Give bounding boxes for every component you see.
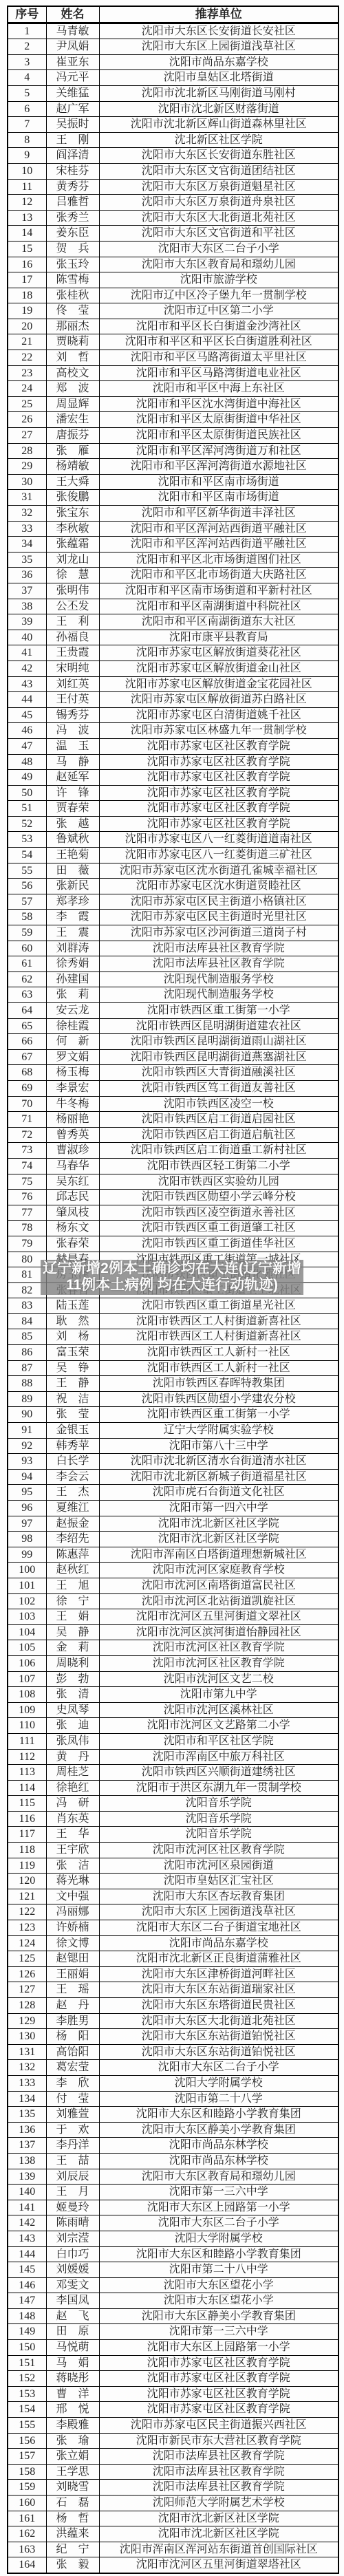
row-unit: 沈阳市苏家屯区社区教育学院 [99,770,338,786]
row-serial: 35 [8,552,46,568]
row-serial: 65 [8,1018,46,1034]
row-name: 尹凤娟 [46,39,99,55]
row-name: 赵 飞 [46,2308,99,2324]
row-name: 张 越 [46,816,99,832]
row-serial: 102 [8,1593,46,1609]
row-serial: 5 [8,85,46,101]
row-unit: 沈阳现代制造服务学校 [99,987,338,1003]
row-name: 贺 兵 [46,241,99,257]
row-serial: 40 [8,630,46,645]
row-name: 李绍先 [46,1532,99,1547]
row-name: 郑 波 [46,381,99,397]
row-serial: 95 [8,1485,46,1501]
table-row: 68杨玉梅沈阳市铁西区大青街道融溪社区 [8,1065,338,1081]
table-row: 106周晓利沈阳市沈河区社区教育学院 [8,1655,338,1671]
row-serial: 152 [8,2371,46,2387]
row-name: 金银玉 [46,1423,99,1439]
row-serial: 117 [8,1827,46,1843]
row-name: 付 莹 [46,2091,99,2107]
row-unit: 沈阳市苏家屯区社区教育学院 [99,2402,338,2418]
row-serial: 105 [8,1640,46,1656]
table-row: 130杨 阳沈阳市大东区东站街道铂悦社区 [8,2029,338,2045]
row-name: 曹 洋 [46,2386,99,2402]
col-header-serial: 序号 [8,6,46,23]
row-unit: 沈阳市铁西区大青街道融溪社区 [99,1065,338,1081]
table-row: 16张玉玲沈阳市大东区教育局和璟幼儿园 [8,257,338,272]
table-row: 52张 越沈阳市苏家屯区社区教育学院 [8,816,338,832]
row-name: 邱志民 [46,1190,99,1205]
row-name: 刘红英 [46,676,99,692]
row-name: 金 莉 [46,1640,99,1656]
table-row: 125赵锶田沈阳市沈北新区正良街道蒲雅社区 [8,1951,338,1967]
row-serial: 60 [8,941,46,956]
row-unit: 沈阳市大东区二台子小学 [99,2060,338,2076]
table-row: 146邓雯文沈阳市大东区望花小学 [8,2277,338,2293]
table-row: 15贺 兵沈阳市大东区二台子小学 [8,241,338,257]
table-row: 44王付英沈阳市苏家屯区解放街道苏白路社区 [8,692,338,708]
row-unit: 沈阳市铁西区实验幼儿园 [99,1174,338,1190]
row-serial: 106 [8,1655,46,1671]
table-row: 31张俊鹏沈阳市和平区南市场街道 [8,490,338,506]
table-row: 50许 锋沈阳市苏家屯区社区教育学院 [8,785,338,801]
table-row: 90张 莹沈阳市铁西区重工街第一小学 [8,1407,338,1423]
row-serial: 59 [8,925,46,941]
table-row: 157张立娟沈阳市法库县社区教育学院 [8,2449,338,2465]
row-serial: 113 [8,1765,46,1781]
row-serial: 91 [8,1423,46,1439]
row-unit: 沈阳市大东区望花小学 [99,2277,338,2293]
table-row: 88王 静沈阳市铁西区春晖特教集团 [8,1376,338,1392]
row-serial: 57 [8,894,46,910]
table-row: 114徐艳红沈阳市于洪区东湖九年一贯制学校 [8,1780,338,1796]
row-unit: 沈阳市大东区东站街道铂悦社区 [99,2044,338,2060]
table-row: 43刘红英沈阳市苏家屯区解放街道金宝花园社区 [8,676,338,692]
row-unit: 沈阳市和平区北市场街道图们社区 [99,552,338,568]
row-name: 李秋敏 [46,521,99,537]
row-unit: 沈阳市沈北新区社区学院 [99,1516,338,1532]
row-unit: 沈阳市和平区浑河湾街道水源地社区 [99,459,338,475]
row-name: 张新民 [46,879,99,894]
row-unit: 沈阳市沈河区文艺二校 [99,1671,338,1687]
table-row: 103王 娟沈阳市沈河区五里河街道文翠社区 [8,1609,338,1625]
table-row: 74马春华沈阳市铁西区轻工街第二小学 [8,1158,338,1174]
row-serial: 18 [8,288,46,303]
table-row: 149田 原沈阳市第一三六中学 [8,2324,338,2340]
table-row: 38公丕发沈阳市和平区南湖街道中科院社区 [8,599,338,614]
table-row: 7吴振时沈阳市沈北新区辉山街道森林里社区 [8,117,338,133]
row-unit: 沈阳市和平区南市场街道和平新村社区 [99,583,338,599]
row-unit: 沈阳市和平区沈水湾街道中海社区 [99,396,338,412]
row-name: 文中强 [46,1889,99,1904]
row-serial: 144 [8,2246,46,2262]
row-unit: 沈阳市沈北新区社区学院 [99,2526,338,2542]
row-serial: 26 [8,412,46,428]
row-name: 张 洁 [46,1858,99,1874]
row-unit: 沈阳市沈北新区社区学院 [99,2511,338,2526]
row-serial: 12 [8,195,46,211]
row-serial: 45 [8,707,46,723]
table-row: 86富玉荣沈阳市铁西区工人新村一社区 [8,1345,338,1361]
row-serial: 64 [8,1003,46,1019]
row-serial: 99 [8,1547,46,1563]
table-row: 84耿 然沈阳市铁西区工人村街道新喜社区 [8,1313,338,1329]
row-unit: 沈阳市沈河区泉园街道 [99,1858,338,1874]
row-name: 王 月 [46,2185,99,2200]
document-page: 序号 姓名 推荐单位 1马青敏沈阳市大东区长安街道长安社区2尹凤娟沈阳市大东区上… [0,0,344,2576]
row-serial: 132 [8,2060,46,2076]
table-row: 143刘宗滢沈阳大学附属学校 [8,2231,338,2246]
row-unit: 沈阳市沈河区五里河街道翠塔社区 [99,2557,338,2573]
row-unit: 沈阳市铁西区启工街道启航社区 [99,1127,338,1143]
row-serial: 88 [8,1376,46,1392]
row-serial: 10 [8,163,46,179]
row-name: 徐 宁 [46,1593,99,1609]
table-row: 6赵广军沈阳市沈北新区财落街道 [8,101,338,117]
row-unit: 沈阳大学附属学校 [99,2075,338,2091]
table-row: 118王宇欣沈阳市沈河区社区教育学院 [8,1843,338,1858]
row-serial: 61 [8,956,46,972]
row-unit: 沈阳市大东区东塔街道民贵社区 [99,1998,338,2014]
row-serial: 96 [8,1501,46,1516]
row-serial: 4 [8,70,46,86]
row-name: 石 磊 [46,2495,99,2511]
table-row: 107彭 勃沈阳市沈河区文艺二校 [8,1671,338,1687]
row-unit: 沈阳市大东区上园街道浅草社区 [99,1904,338,1920]
table-row: 156张 瑜沈阳市新民市东大营社区教育学院 [8,2433,338,2449]
row-unit: 沈阳市沈河区滨河街道怡静园社区 [99,1624,338,1640]
row-unit: 沈阳市铁西区重工街道佳华社区 [99,1236,338,1252]
row-unit: 沈阳市苏家屯区林盛九年一贯制学校 [99,723,338,739]
row-unit: 沈阳市和平区浑河站西街道平融社区 [99,537,338,552]
table-row: 1马青敏沈阳市大东区长安街道长安社区 [8,23,338,39]
row-serial: 74 [8,1158,46,1174]
row-name: 马悦萌 [46,2340,99,2356]
row-unit: 沈阳市铁西区勋望小学云峰分校 [99,1190,338,1205]
row-serial: 58 [8,910,46,925]
table-row: 21贾晓莉沈阳市和平区和平区长白街道胜利社区 [8,334,338,350]
row-unit: 沈阳市大东区文官街道和平社区 [99,226,338,241]
row-unit: 沈阳市铁西区启工街道重工新村社区 [99,1143,338,1159]
row-unit: 沈阳市沈河区北站街道凯旋社区 [99,1593,338,1609]
row-serial: 31 [8,490,46,506]
row-name: 许 锋 [46,785,99,801]
row-name: 冯丽娜 [46,1904,99,1920]
row-serial: 92 [8,1438,46,1454]
row-serial: 47 [8,738,46,754]
row-name: 张蕴霜 [46,537,99,552]
row-serial: 71 [8,1112,46,1128]
row-unit: 沈阳市浑南区白塔街道理想新城社区 [99,1547,338,1563]
row-unit: 沈阳市和平区太原街街道民族社区 [99,428,338,444]
row-name: 张明伟 [46,583,99,599]
row-serial: 11 [8,179,46,195]
table-row: 139刘辰辰沈阳市大东区教育局和璟幼儿园 [8,2169,338,2185]
row-unit: 沈阳市和平区社区学院 [99,1733,338,1749]
row-name: 张桂秋 [46,288,99,303]
row-name: 马青敏 [46,23,99,39]
table-row: 8王 刚沈北新区社区学院 [8,132,338,148]
row-serial: 14 [8,226,46,241]
table-row: 41王贵霞沈阳市苏家屯区解放街道葵花社区 [8,645,338,661]
table-row: 3崔亚东沈阳市尚品东嘉学校 [8,54,338,70]
row-unit: 沈阳市大东区和睦路小学教育集团 [99,2246,338,2262]
row-serial: 134 [8,2091,46,2107]
row-serial: 104 [8,1624,46,1640]
row-name: 张 雁 [46,443,99,459]
row-serial: 147 [8,2293,46,2309]
row-name: 王 华 [46,1827,99,1843]
table-row: 124徐文博沈阳市尚品东嘉学校 [8,1935,338,1951]
row-name: 徐艳红 [46,1780,99,1796]
row-name: 冯元平 [46,70,99,86]
row-unit: 沈阳市和平区浑河站西街道平融社区 [99,521,338,537]
col-header-unit: 推荐单位 [99,6,338,23]
table-row: 138王 喆沈阳市尚品东林学校 [8,2153,338,2169]
row-unit: 沈阳市苏家屯区沙河街道三道岗子村 [99,925,338,941]
row-name: 杨 哲 [46,2511,99,2526]
row-serial: 89 [8,1391,46,1407]
table-row: 63张 莉沈阳现代制造服务学校 [8,987,338,1003]
row-serial: 55 [8,863,46,879]
row-name: 姜东臣 [46,226,99,241]
row-name: 黄秀芬 [46,179,99,195]
row-name: 贾晓莉 [46,334,99,350]
row-unit: 沈阳市沈河区南塔街道富民社区 [99,1578,338,1593]
table-row: 134付 莹沈阳市第二十八学 [8,2091,338,2107]
row-name: 王贵霞 [46,645,99,661]
row-name: 李会云 [46,1469,99,1485]
row-name: 张 毅 [46,2557,99,2573]
row-unit: 沈阳市尚品东嘉学校 [99,1935,338,1951]
row-name: 夏维江 [46,1501,99,1516]
table-row: 32张宝东沈阳市和平区新华街道丰泽社区 [8,506,338,522]
row-serial: 158 [8,2464,46,2480]
row-name: 李 欣 [46,2075,99,2091]
row-unit: 沈阳市大东区东站街道瑞家社区 [99,1982,338,1998]
row-name: 张立娟 [46,2449,99,2465]
row-serial: 145 [8,2262,46,2278]
row-unit: 沈阳市辽中区冷子堡九年一贯制学校 [99,288,338,303]
table-row: 22刘 哲沈阳市和平区马路湾街道太平里社区 [8,350,338,366]
row-serial: 78 [8,1221,46,1236]
row-serial: 73 [8,1143,46,1159]
row-name: 陈惠萍 [46,1547,99,1563]
table-row: 13张秀兰沈阳市大东区大北街道北苑社区 [8,210,338,226]
row-serial: 33 [8,521,46,537]
row-name: 张 莹 [46,1407,99,1423]
table-row: 64安云龙沈阳市铁西区重工街第一小学 [8,1003,338,1019]
row-unit: 沈阳市苏家屯区沈水街道贤睦社区 [99,879,338,894]
table-row: 151马 娟沈阳市苏家屯区社区教育学院 [8,2355,338,2371]
row-name: 李丹洋 [46,2138,99,2154]
row-name: 徐文博 [46,1935,99,1951]
row-unit: 沈北新区社区学院 [99,132,338,148]
row-unit: 沈阳市第九中学 [99,1687,338,1703]
row-name: 贾春荣 [46,801,99,817]
table-row: 163纪 宁沈阳市浑南区浑河站东街道首创国际社区 [8,2542,338,2557]
row-name: 王 利 [46,614,99,630]
row-name: 冯 波 [46,723,99,739]
row-unit: 沈阳市和平区长白街道金沙湾社区 [99,319,338,334]
row-name: 曹淑珍 [46,1143,99,1159]
row-serial: 42 [8,661,46,676]
row-unit: 沈阳市苏家屯区社区教育学院 [99,801,338,817]
table-row: 141姬曼玲沈阳市大东区上园路第一小学 [8,2200,338,2215]
row-name: 吴振时 [46,117,99,133]
row-serial: 24 [8,381,46,397]
row-serial: 120 [8,1874,46,1889]
row-unit: 沈阳市大东区二台子街道宝地社区 [99,1920,338,1936]
row-name: 白巾巧 [46,2246,99,2262]
row-serial: 131 [8,2044,46,2060]
row-serial: 151 [8,2355,46,2371]
row-serial: 83 [8,1298,46,1314]
row-unit: 沈阳市铁西区昆明湖街道建农社区 [99,1018,338,1034]
row-unit: 沈阳市大东区东站街道铂悦社区 [99,2029,338,2045]
row-name: 那丽杰 [46,319,99,334]
row-unit: 沈阳市大东区上园街道浅草社区 [99,39,338,55]
row-unit: 沈阳市法库县社区教育学院 [99,941,338,956]
row-unit: 沈阳市铁西区凌空一校 [99,1096,338,1112]
table-row: 122冯丽娜沈阳市大东区上园街道浅草社区 [8,1904,338,1920]
row-unit: 沈阳市大东区二台子小学 [99,2215,338,2231]
row-unit: 沈阳市大东区望花小学 [99,2293,338,2309]
row-name: 吴东红 [46,1174,99,1190]
row-unit: 沈阳市和平区南湖街道东大社区 [99,614,338,630]
table-row: 62孙建国沈阳现代制造服务学校 [8,972,338,987]
table-row: 39王 利沈阳市和平区南湖街道东大社区 [8,614,338,630]
row-name: 牛冬梅 [46,1096,99,1112]
table-row: 131高饴阳沈阳市大东区东站街道铂悦社区 [8,2044,338,2060]
row-unit: 沈阳市法库县社区教育学院 [99,2449,338,2465]
row-name: 王 静 [46,1376,99,1392]
row-unit: 沈阳市铁西区工人新村一社区 [99,1345,338,1361]
row-serial: 67 [8,1049,46,1065]
row-serial: 79 [8,1236,46,1252]
table-row: 19佟 莹沈阳市辽中区第二小学 [8,303,338,319]
row-name: 杨东文 [46,1221,99,1236]
row-serial: 9 [8,148,46,164]
row-name: 王艳菊 [46,848,99,863]
row-serial: 128 [8,1998,46,2014]
table-row: 28张 雁沈阳市和平区浑河湾街道万和社区 [8,443,338,459]
row-serial: 44 [8,692,46,708]
row-name: 曾秀英 [46,1127,99,1143]
row-name: 张凤伟 [46,1733,99,1749]
row-unit: 沈阳市铁西区笃工街道友善社区 [99,1080,338,1096]
row-unit: 沈阳市沈河区家庭教育学校 [99,1563,338,1578]
row-unit: 沈阳市大东区大北街道北苑社区 [99,2013,338,2029]
table-row: 133李 欣沈阳大学附属学校 [8,2075,338,2091]
row-name: 李 霞 [46,910,99,925]
row-serial: 51 [8,801,46,817]
table-row: 45锡秀芬沈阳市苏家屯区白清街道姚千社区 [8,707,338,723]
row-serial: 27 [8,428,46,444]
table-row: 128赵 丹沈阳市大东区东塔街道民贵社区 [8,1998,338,2014]
row-unit: 沈阳市第一四六中学 [99,1501,338,1516]
row-unit: 沈阳市苏家屯区民主街道时光里社区 [99,910,338,925]
table-row: 18张桂秋沈阳市辽中区冷子堡九年一贯制学校 [8,288,338,303]
table-row: 85刘 杨沈阳市铁西区工人村街道新喜社区 [8,1329,338,1345]
table-row: 105金 莉沈阳市沈河区社区教育学院 [8,1640,338,1656]
table-row: 164张 毅沈阳市沈河区五里河街道翠塔社区 [8,2557,338,2573]
table-row: 79张春荣沈阳市铁西区重工街道佳华社区 [8,1236,338,1252]
table-row: 153曹 洋沈阳市苏家屯区社区教育学院 [8,2386,338,2402]
table-row: 142陈雨晴沈阳市大东区二台子小学 [8,2215,338,2231]
table-row: 108张 清沈阳市第九中学 [8,1687,338,1703]
row-serial: 101 [8,1578,46,1593]
table-row: 162洪蕴来沈阳市沈北新区社区学院 [8,2526,338,2542]
row-unit: 沈阳市铁西区凌空街道永善社区 [99,1205,338,1221]
table-row: 14姜东臣沈阳市大东区文官街道和平社区 [8,226,338,241]
row-unit: 沈阳市苏家屯区解放街道金山社区 [99,661,338,676]
row-serial: 75 [8,1174,46,1190]
row-serial: 146 [8,2277,46,2293]
row-serial: 114 [8,1780,46,1796]
row-serial: 161 [8,2511,46,2526]
row-name: 徐 慧 [46,568,99,583]
table-row: 53鲁斌秋沈阳市苏家屯区八一红菱街道道南社区 [8,832,338,848]
row-unit: 沈阳市大东区静美小学教育集团 [99,2122,338,2138]
watermark-overlay: 辽宁新增2例本土确诊均在大连(辽宁新增11例本土病例 均在大连行动轨迹) [41,1260,303,1295]
row-name: 杨靖敏 [46,459,99,475]
table-row: 111张凤伟沈阳市和平区社区学院 [8,1733,338,1749]
row-serial: 129 [8,2013,46,2029]
row-unit: 沈阳市法库县社区教育学院 [99,2464,338,2480]
row-serial: 121 [8,1889,46,1904]
row-unit: 沈阳市和平区中海上东社区 [99,381,338,397]
row-serial: 150 [8,2340,46,2356]
row-unit: 沈阳市和平区北市场街道大庆路社区 [99,568,338,583]
row-serial: 155 [8,2418,46,2434]
row-unit: 沈阳市苏家屯区社区教育学院 [99,2371,338,2387]
row-unit: 沈阳市苏家屯区社区教育学院 [99,754,338,770]
row-name: 刘 哲 [46,350,99,366]
table-row: 10宋桂芬沈阳市大东区文官街道团结社区 [8,163,338,179]
row-serial: 94 [8,1469,46,1485]
table-row: 5关维猛沈阳市沈北新区马刚街道马刚村 [8,85,338,101]
table-row: 24郑 波沈阳市和平区中海上东社区 [8,381,338,397]
table-row: 140王 月沈阳市第一三六中学 [8,2185,338,2200]
row-unit: 沈阳市苏家屯区社区教育学院 [99,816,338,832]
row-name: 杨丽艳 [46,1112,99,1128]
row-name: 于 欢 [46,2122,99,2138]
row-unit: 沈阳市沈河区社区教育学院 [99,1655,338,1671]
table-row: 75吴东红沈阳市铁西区实验幼儿园 [8,1174,338,1190]
row-name: 鲁斌秋 [46,832,99,848]
row-name: 张 清 [46,1687,99,1703]
table-row: 77肇凤枝沈阳市铁西区凌空街道永善社区 [8,1205,338,1221]
table-row: 55田 薇沈阳市苏家屯区沈水街道孔雀城幸福社区 [8,863,338,879]
row-unit: 沈阳市沈北新区正良街道蒲雅社区 [99,1951,338,1967]
table-row: 72曾秀英沈阳市铁西区启工街道启航社区 [8,1127,338,1143]
row-unit: 沈阳市铁西区工人村街道新喜社区 [99,1313,338,1329]
row-serial: 15 [8,241,46,257]
row-serial: 154 [8,2402,46,2418]
row-name: 徐桂霞 [46,1018,99,1034]
row-serial: 112 [8,1749,46,1765]
row-unit: 沈阳市沈河区社区教育学院 [99,1640,338,1656]
row-serial: 108 [8,1687,46,1703]
row-serial: 133 [8,2075,46,2091]
row-serial: 43 [8,676,46,692]
row-unit: 沈阳市铁西区工人新村一社区 [99,1360,338,1376]
row-unit: 沈阳市康平县教育局 [99,630,338,645]
table-row: 87吴 铮沈阳市铁西区工人新村一社区 [8,1360,338,1376]
table-row: 47温 玉沈阳市苏家屯区社区教育学院 [8,738,338,754]
row-serial: 17 [8,272,46,288]
row-name: 肇凤枝 [46,1205,99,1221]
